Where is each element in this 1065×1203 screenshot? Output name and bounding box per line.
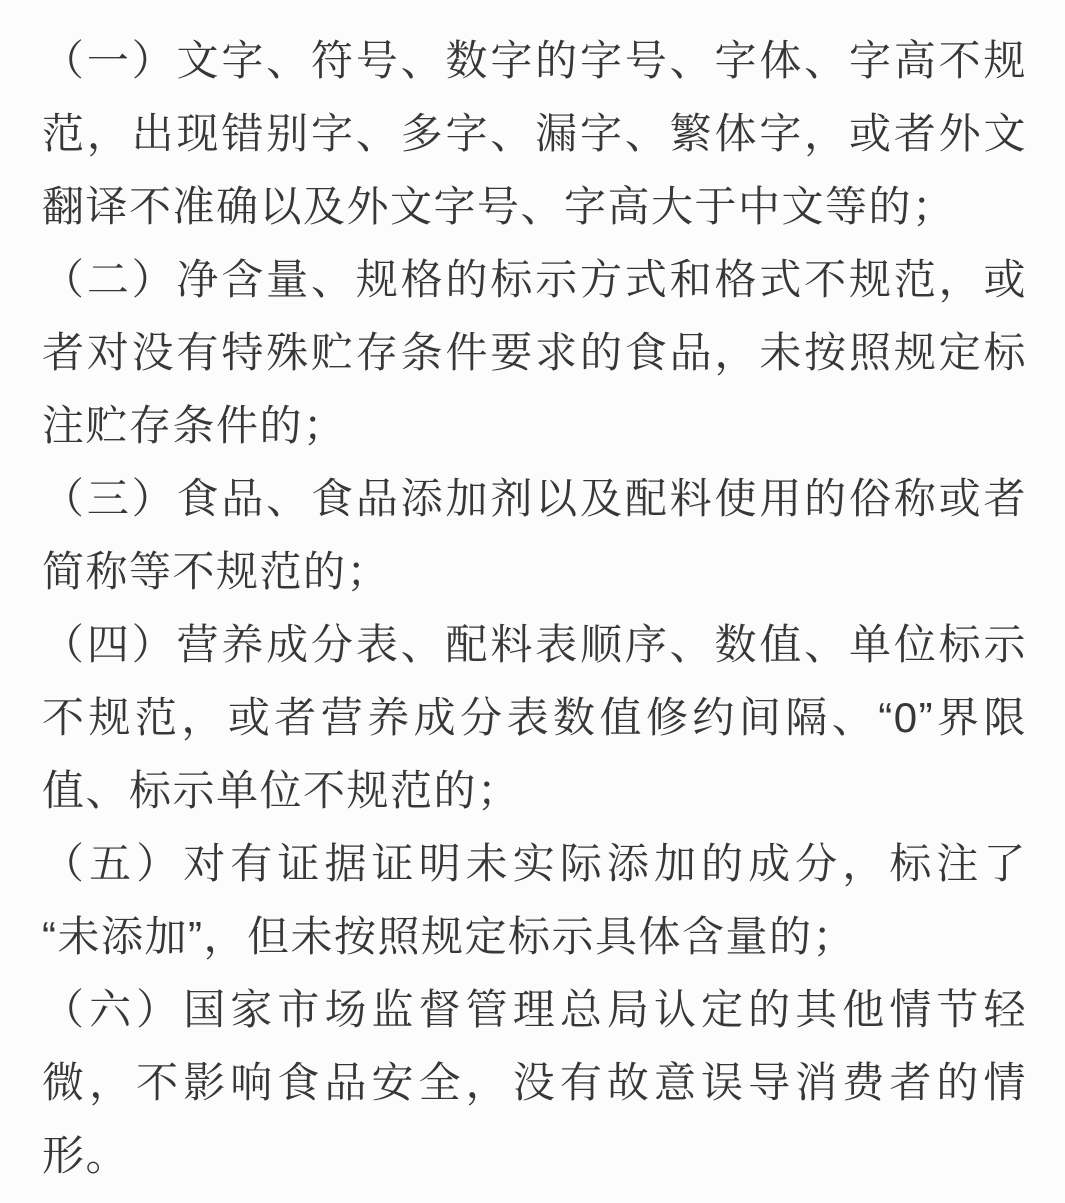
text-line: （五）对有证据证明未实际添加的成分，标注了	[42, 827, 1027, 900]
text-line: 范，出现错别字、多字、漏字、繁体字，或者外文	[42, 97, 1027, 170]
text-line: （一）文字、符号、数字的字号、字体、字高不规	[42, 24, 1027, 97]
text-line: “未添加”，但未按照规定标示具体含量的；	[42, 900, 1027, 973]
paragraph-item-6: （六）国家市场监督管理总局认定的其他情节轻 微，不影响食品安全，没有故意误导消费…	[42, 973, 1027, 1192]
text-line: （四）营养成分表、配料表顺序、数值、单位标示	[42, 608, 1027, 681]
text-line: 值、标示单位不规范的；	[42, 754, 1027, 827]
text-line: 不规范，或者营养成分表数值修约间隔、“0”界限	[42, 681, 1027, 754]
text-line: 简称等不规范的；	[42, 535, 1027, 608]
paragraph-item-5: （五）对有证据证明未实际添加的成分，标注了 “未添加”，但未按照规定标示具体含量…	[42, 827, 1027, 973]
text-line: 者对没有特殊贮存条件要求的食品，未按照规定标	[42, 316, 1027, 389]
paragraph-item-4: （四）营养成分表、配料表顺序、数值、单位标示 不规范，或者营养成分表数值修约间隔…	[42, 608, 1027, 827]
paragraph-item-3: （三）食品、食品添加剂以及配料使用的俗称或者 简称等不规范的；	[42, 462, 1027, 608]
text-line: （六）国家市场监督管理总局认定的其他情节轻	[42, 973, 1027, 1046]
paragraph-item-1: （一）文字、符号、数字的字号、字体、字高不规 范，出现错别字、多字、漏字、繁体字…	[42, 24, 1027, 243]
document-body: （一）文字、符号、数字的字号、字体、字高不规 范，出现错别字、多字、漏字、繁体字…	[0, 0, 1065, 1203]
text-line: 翻译不准确以及外文字号、字高大于中文等的；	[42, 170, 1027, 243]
text-line: （三）食品、食品添加剂以及配料使用的俗称或者	[42, 462, 1027, 535]
text-line: （二）净含量、规格的标示方式和格式不规范，或	[42, 243, 1027, 316]
paragraph-item-2: （二）净含量、规格的标示方式和格式不规范，或 者对没有特殊贮存条件要求的食品，未…	[42, 243, 1027, 462]
text-line: 注贮存条件的；	[42, 389, 1027, 462]
text-line: 形。	[42, 1119, 1027, 1192]
text-line: 微，不影响食品安全，没有故意误导消费者的情	[42, 1046, 1027, 1119]
